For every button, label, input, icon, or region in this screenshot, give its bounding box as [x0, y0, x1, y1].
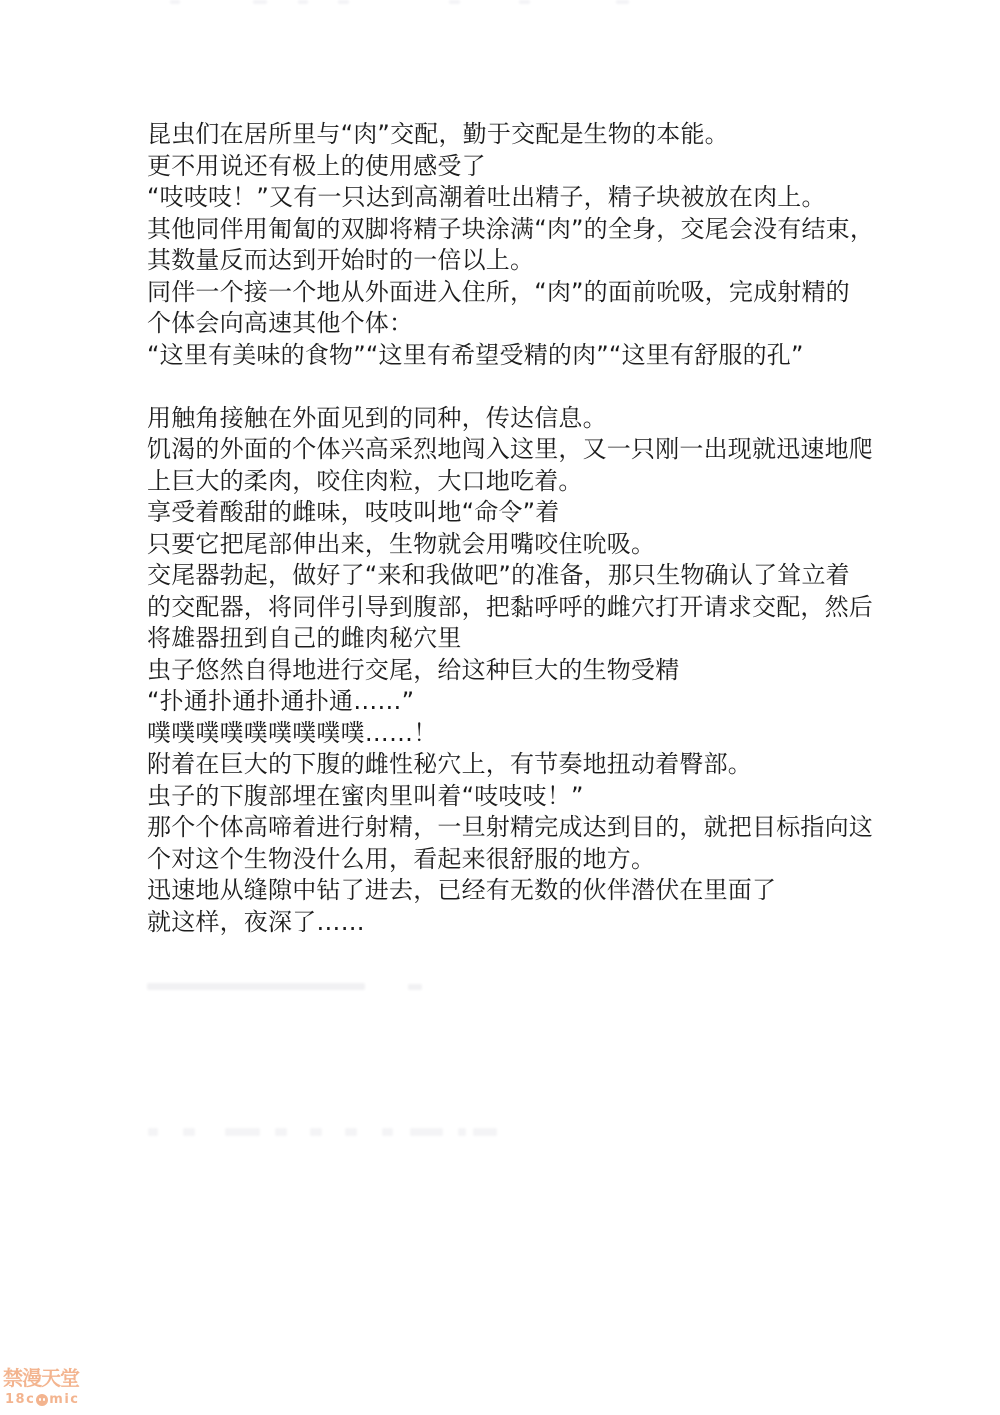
story-line: 的交配器，将同伴引导到腹部，把黏呼呼的雌穴打开请求交配，然后: [147, 592, 887, 624]
erased-mark: [410, 1128, 443, 1136]
erased-mark: [345, 1128, 357, 1136]
story-line: 昆虫们在居所里与“肉”交配，勤于交配是生物的本能。: [147, 119, 887, 151]
erased-mark: [275, 1128, 287, 1136]
story-line: 更不用说还有极上的使用感受了: [147, 151, 887, 183]
erased-mark: [473, 1128, 497, 1136]
story-line: 附着在巨大的下腹的雌性秘穴上，有节奏地扭动着臀部。: [147, 749, 887, 781]
story-line: “吱吱吱！”又有一只达到高潮着吐出精子，精子块被放在肉上。: [147, 182, 887, 214]
watermark-id-suffix: mic: [49, 1392, 79, 1407]
story-text-block: 昆虫们在居所里与“肉”交配，勤于交配是生物的本能。更不用说还有极上的使用感受了“…: [147, 119, 887, 938]
story-line: 虫子悠然自得地进行交尾，给这种巨大的生物受精: [147, 655, 887, 687]
story-line: 将雄器扭到自己的雌肉秘穴里: [147, 623, 887, 655]
erased-mark: [147, 983, 365, 990]
erased-mark: [458, 1128, 466, 1136]
story-line: 就这样，夜深了……: [147, 907, 887, 939]
erased-mark: [183, 1128, 195, 1136]
story-line: 个体会向高速其他个体：: [147, 308, 887, 340]
erased-mark: [449, 0, 460, 4]
watermark-id-prefix: 18c: [5, 1392, 35, 1407]
story-line: 享受着酸甜的雌味，吱吱叫地“命令”着: [147, 497, 887, 529]
erased-mark: [519, 0, 530, 4]
story-line: 那个个体高啼着进行射精，一旦射精完成达到目的，就把目标指向这: [147, 812, 887, 844]
story-line: 其数量反而达到开始时的一倍以上。: [147, 245, 887, 277]
comic-mascot-icon: [36, 1394, 48, 1406]
erased-mark: [382, 1128, 393, 1136]
story-line: [147, 371, 887, 403]
erased-mark: [148, 1128, 158, 1136]
watermark-site-id: 18c mic: [3, 1392, 80, 1407]
story-line: 迅速地从缝隙中钻了进去，已经有无数的伙伴潜伏在里面了: [147, 875, 887, 907]
erased-mark: [310, 1128, 322, 1136]
story-line: 交尾器勃起，做好了“来和我做吧”的准备，那只生物确认了耸立着: [147, 560, 887, 592]
erased-mark: [170, 0, 180, 4]
erased-mark: [298, 0, 308, 4]
story-line: 用触角接触在外面见到的同种，传达信息。: [147, 403, 887, 435]
story-line: 饥渴的外面的个体兴高采烈地闯入这里，又一只刚一出现就迅速地爬: [147, 434, 887, 466]
story-line: 个对这个生物没什么用，看起来很舒服的地方。: [147, 844, 887, 876]
erased-mark: [616, 0, 629, 4]
erased-mark: [338, 0, 349, 4]
site-watermark: 禁漫天堂 18c mic: [3, 1367, 80, 1407]
story-line: 噗噗噗噗噗噗噗噗噗……！: [147, 718, 887, 750]
erased-mark: [225, 1128, 260, 1136]
watermark-site-name: 禁漫天堂: [3, 1367, 80, 1389]
scanned-text-page: { "page": { "background_color": "#ffffff…: [0, 0, 1000, 1415]
erased-mark: [253, 0, 267, 4]
erased-mark: [408, 984, 422, 990]
story-line: “这里有美味的食物”“这里有希望受精的肉”“这里有舒服的孔”: [147, 340, 887, 372]
story-line: 上巨大的柔肉，咬住肉粒，大口地吃着。: [147, 466, 887, 498]
story-line: 其他同伴用匍匐的双脚将精子块涂满“肉”的全身，交尾会没有结束，: [147, 214, 887, 246]
story-line: 只要它把尾部伸出来，生物就会用嘴咬住吮吸。: [147, 529, 887, 561]
story-line: “扑通扑通扑通扑通……”: [147, 686, 887, 718]
story-line: 同伴一个接一个地从外面进入住所，“肉”的面前吮吸，完成射精的: [147, 277, 887, 309]
story-line: 虫子的下腹部埋在蜜肉里叫着“吱吱吱！”: [147, 781, 887, 813]
